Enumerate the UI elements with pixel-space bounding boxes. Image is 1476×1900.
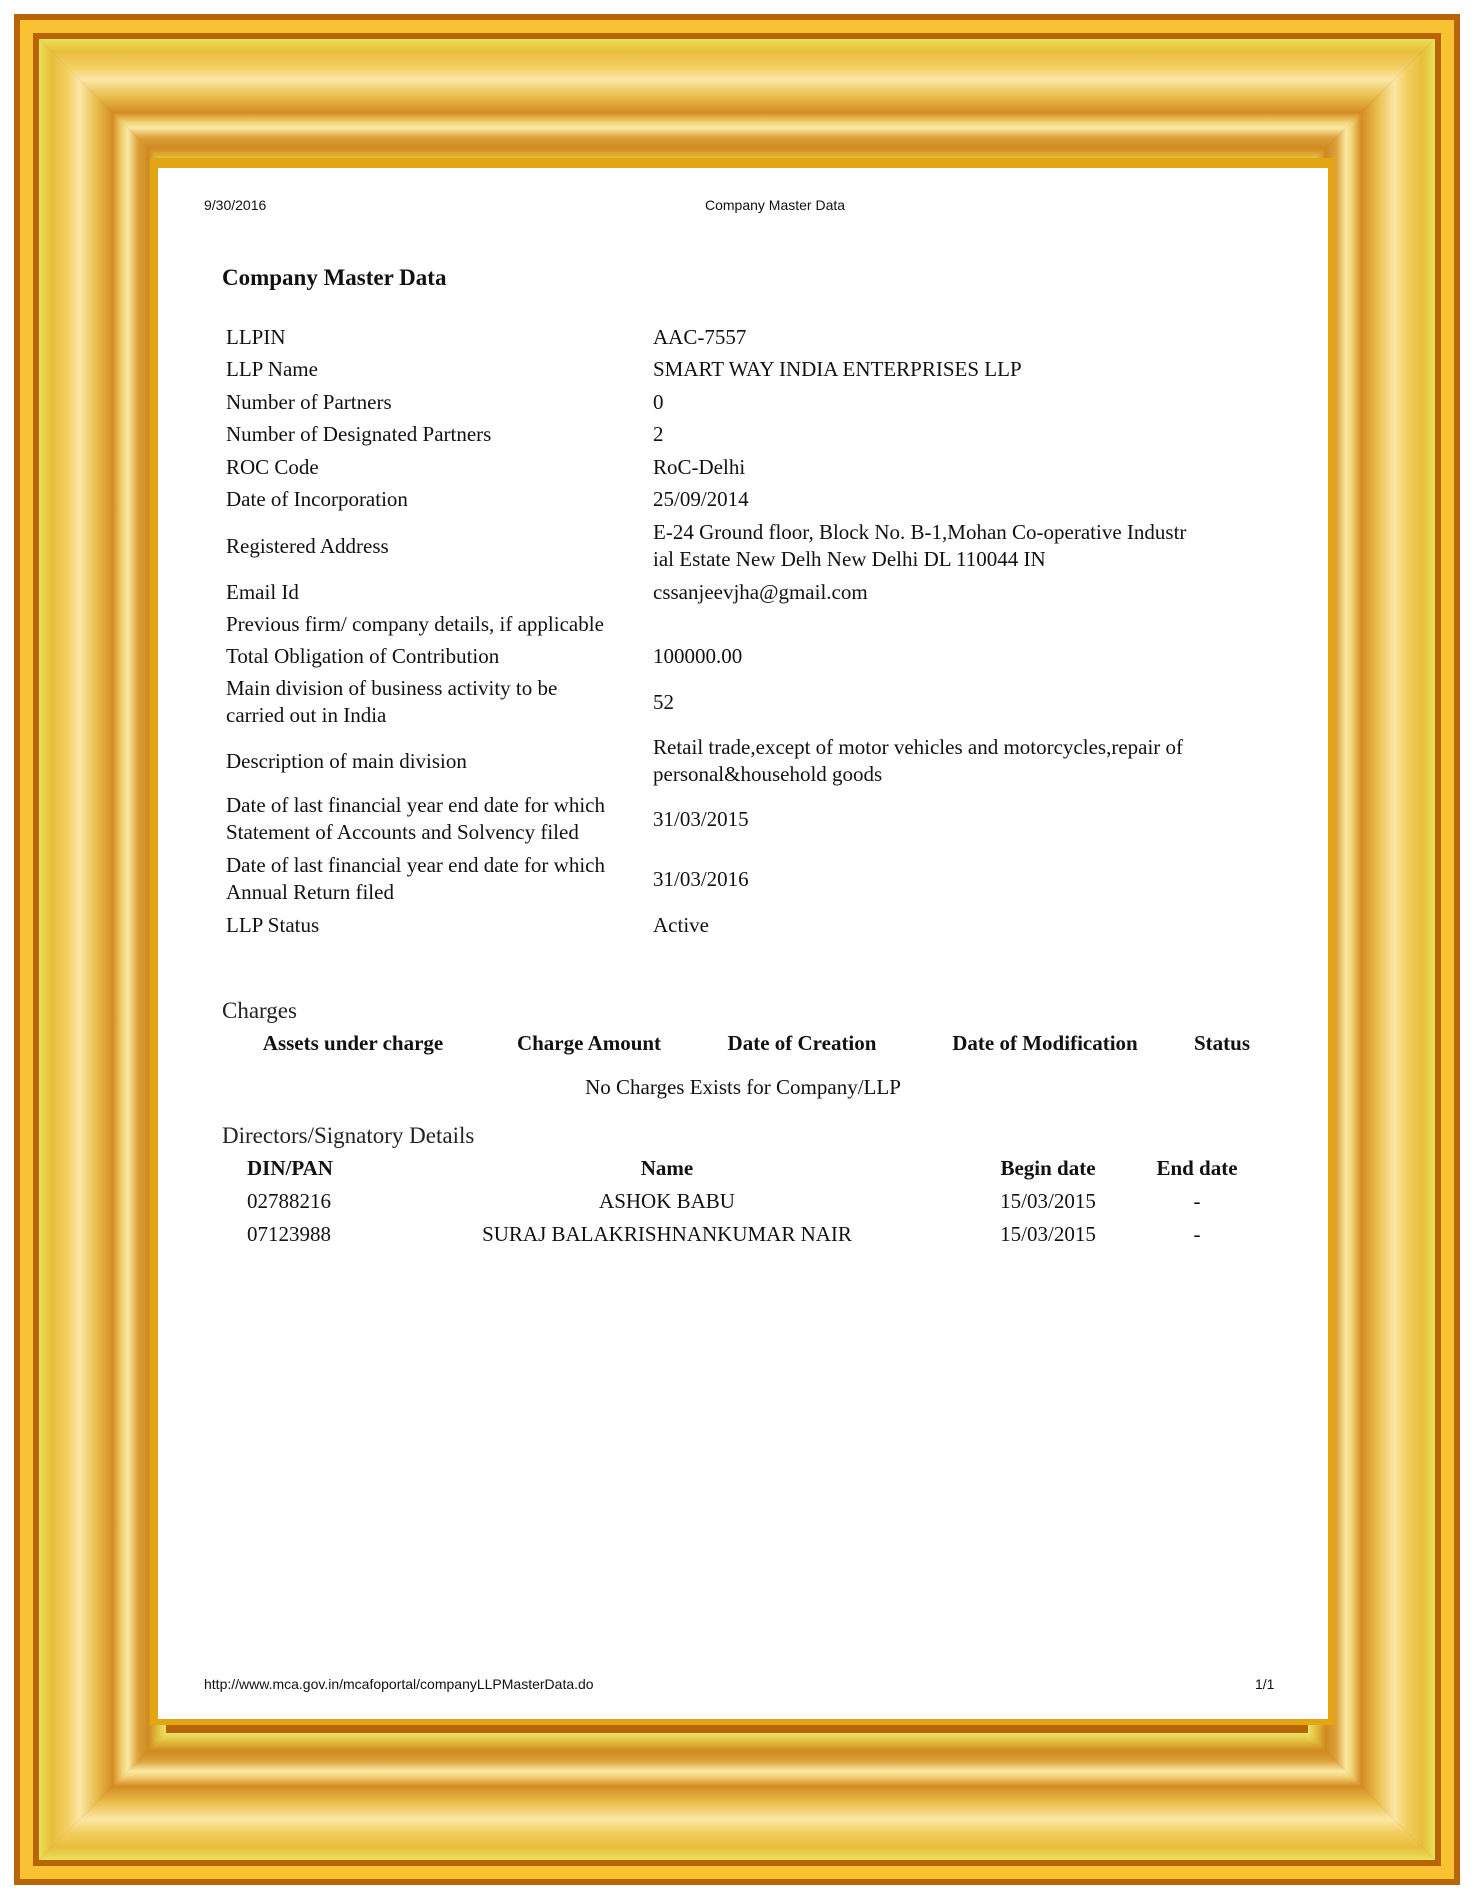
master-data-value: 2: [653, 421, 664, 448]
master-data-label: Email Id: [226, 579, 299, 606]
value-line: ial Estate New Delh New Delhi DL 110044 …: [653, 546, 1186, 573]
frame-molding-bottom: [39, 1733, 1435, 1860]
master-data-label: LLPIN: [226, 324, 286, 351]
directors-column-header: End date: [1156, 1156, 1237, 1181]
master-data-value: cssanjeevjha@gmail.com: [653, 579, 868, 606]
master-data-label: ROC Code: [226, 454, 319, 481]
value-line: Retail trade,except of motor vehicles an…: [653, 734, 1183, 761]
master-data-value: AAC-7557: [653, 324, 746, 351]
frame-molding-left: [39, 39, 166, 1860]
label-line: Statement of Accounts and Solvency filed: [226, 819, 605, 846]
document-page: 9/30/2016 Company Master Data Company Ma…: [158, 168, 1328, 1719]
master-data-label: Description of main division: [226, 748, 467, 775]
master-data-value: SMART WAY INDIA ENTERPRISES LLP: [653, 356, 1022, 383]
master-data-label: Date of Incorporation: [226, 486, 408, 513]
directors-column-header: Name: [641, 1156, 693, 1181]
master-data-label: Number of Designated Partners: [226, 421, 491, 448]
directors-column-header: Begin date: [1000, 1156, 1095, 1181]
directors-section-title: Directors/Signatory Details: [222, 1123, 474, 1149]
document-title: Company Master Data: [222, 265, 446, 291]
master-data-value: RoC-Delhi: [653, 454, 745, 481]
charges-column-header: Date of Modification: [952, 1031, 1137, 1056]
director-din-cell: 07123988: [247, 1222, 331, 1247]
master-data-value: 31/03/2016: [653, 866, 749, 893]
master-data-value: Retail trade,except of motor vehicles an…: [653, 734, 1183, 788]
print-footer-url: http://www.mca.gov.in/mcafoportal/compan…: [204, 1676, 594, 1692]
director-begin-cell: 15/03/2015: [1000, 1222, 1096, 1247]
director-end-cell: -: [1194, 1189, 1201, 1214]
master-data-value: 0: [653, 389, 664, 416]
label-line: carried out in India: [226, 702, 557, 729]
charges-empty-message: No Charges Exists for Company/LLP: [585, 1075, 901, 1100]
master-data-label: Previous firm/ company details, if appli…: [226, 611, 604, 638]
master-data-value: 52: [653, 689, 674, 716]
master-data-label: Date of last financial year end date for…: [226, 852, 605, 906]
master-data-value: E-24 Ground floor, Block No. B-1,Mohan C…: [653, 519, 1186, 573]
value-line: personal&household goods: [653, 761, 1183, 788]
print-date: 9/30/2016: [204, 197, 266, 213]
label-line: Date of last financial year end date for…: [226, 852, 605, 879]
charges-section-title: Charges: [222, 998, 297, 1024]
value-line: E-24 Ground floor, Block No. B-1,Mohan C…: [653, 519, 1186, 546]
master-data-value: 25/09/2014: [653, 486, 749, 513]
frame-molding-top: [39, 39, 1435, 166]
master-data-label: Date of last financial year end date for…: [226, 792, 605, 846]
label-line: Annual Return filed: [226, 879, 605, 906]
master-data-label: Number of Partners: [226, 389, 392, 416]
charges-column-header: Charge Amount: [517, 1031, 661, 1056]
print-footer-page: 1/1: [1255, 1676, 1274, 1692]
master-data-value: 31/03/2015: [653, 806, 749, 833]
master-data-label: LLP Name: [226, 356, 318, 383]
label-line: Date of last financial year end date for…: [226, 792, 605, 819]
master-data-value: 100000.00: [653, 643, 742, 670]
master-data-label: Total Obligation of Contribution: [226, 643, 499, 670]
print-page-title: Company Master Data: [705, 197, 845, 213]
label-line: Main division of business activity to be: [226, 675, 557, 702]
director-name-cell: ASHOK BABU: [599, 1189, 735, 1214]
director-name-cell: SURAJ BALAKRISHNANKUMAR NAIR: [482, 1222, 852, 1247]
directors-column-header: DIN/PAN: [247, 1156, 333, 1181]
director-din-cell: 02788216: [247, 1189, 331, 1214]
master-data-label: Registered Address: [226, 533, 389, 560]
master-data-label: LLP Status: [226, 912, 319, 939]
charges-column-header: Assets under charge: [263, 1031, 443, 1056]
charges-column-header: Date of Creation: [728, 1031, 877, 1056]
master-data-label: Main division of business activity to be…: [226, 675, 557, 729]
director-end-cell: -: [1194, 1222, 1201, 1247]
master-data-value: Active: [653, 912, 709, 939]
charges-column-header: Status: [1194, 1031, 1250, 1056]
director-begin-cell: 15/03/2015: [1000, 1189, 1096, 1214]
